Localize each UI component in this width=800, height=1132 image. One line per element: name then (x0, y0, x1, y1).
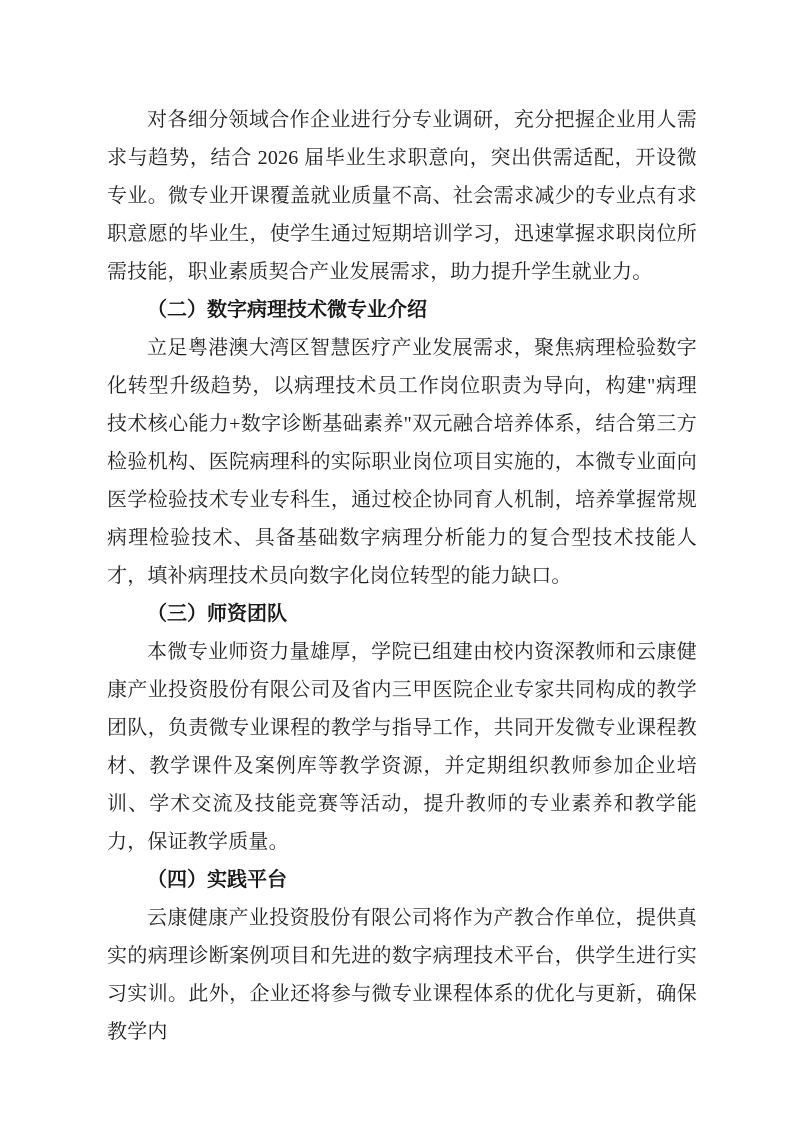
section-heading-practice-platform: （四）实践平台 (107, 861, 697, 899)
document-body: 对各细分领域合作企业进行分专业调研，充分把握企业用人需求与趋势，结合 2026 … (107, 101, 697, 1051)
document-page: 对各细分领域合作企业进行分专业调研，充分把握企业用人需求与趋势，结合 2026 … (0, 0, 800, 1132)
section-heading-faculty-team: （三）师资团队 (107, 595, 697, 633)
paragraph-practice-platform: 云康健康产业投资股份有限公司将作为产教合作单位，提供真实的病理诊断案例项目和先进… (107, 899, 697, 1051)
paragraph-digital-pathology-intro: 立足粤港澳大湾区智慧医疗产业发展需求，聚焦病理检验数字化转型升级趋势，以病理技术… (107, 329, 697, 595)
section-heading-digital-pathology-intro: （二）数字病理技术微专业介绍 (107, 291, 697, 329)
paragraph-micro-major-overview: 对各细分领域合作企业进行分专业调研，充分把握企业用人需求与趋势，结合 2026 … (107, 101, 697, 291)
paragraph-faculty-team: 本微专业师资力量雄厚，学院已组建由校内资深教师和云康健康产业投资股份有限公司及省… (107, 633, 697, 861)
